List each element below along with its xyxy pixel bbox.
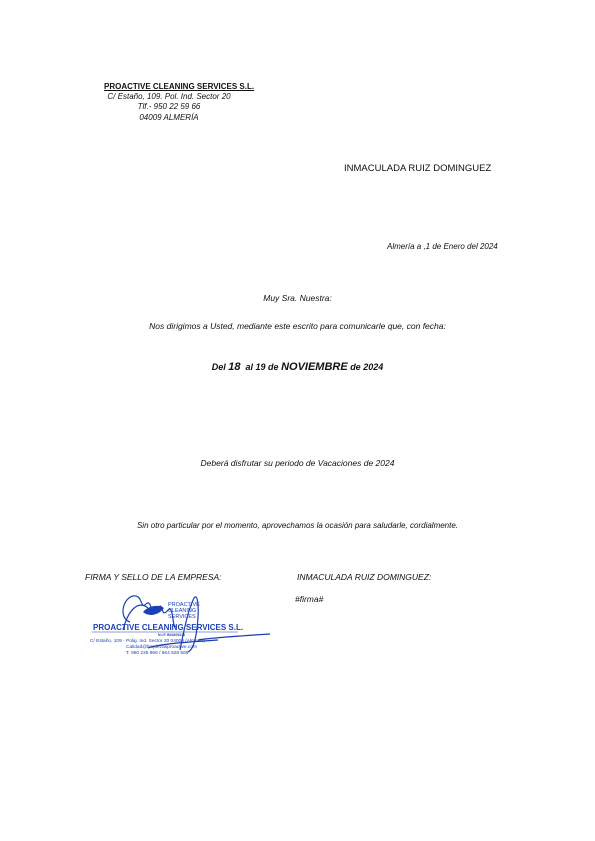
stamp-signature-icon: PROACTIVE CLEANING SERVICES PROACTIVE CL… [88,590,288,665]
employee-signature-placeholder: #firma# [295,594,323,604]
period-start-day: 18 [228,361,240,373]
period-al: al 19 de [241,362,282,372]
period-del: Del [212,362,229,372]
sender-company: PROACTIVE CLEANING SERVICES S.L. [104,82,254,91]
vacation-text: Deberá disfrutar su periodo de Vacacione… [0,458,595,468]
recipient-name: INMACULADA RUIZ DOMINGUEZ [344,163,491,174]
employee-signature-label: INMACULADA RUIZ DOMINGUEZ: [297,572,431,582]
salutation: Muy Sra. Nuestra: [0,293,595,303]
svg-text:SERVICES: SERVICES [168,614,196,620]
intro-text: Nos dirigimos a Usted, mediante este esc… [0,321,595,331]
svg-text:N.I.F. B04409120: N.I.F. B04409120 [158,633,185,637]
svg-text:Calidad@limpiezasproactive.com: Calidad@limpiezasproactive.com [126,644,197,650]
sender-address: C/ Estaño, 109. Pol. Ind. Sector 20 [84,92,254,101]
company-stamp: PROACTIVE CLEANING SERVICES PROACTIVE CL… [88,590,288,665]
svg-text:C/ Estaño, 109 · Polig. Ind. S: C/ Estaño, 109 · Polig. Ind. Sector 20 0… [90,638,205,644]
company-signature-label: FIRMA Y SELLO DE LA EMPRESA: [85,572,222,582]
sender-city: 04009 ALMERÍA [84,113,254,122]
period-year: de 2024 [348,362,384,372]
svg-text:PROACTIVE CLEANING SERVICES S.: PROACTIVE CLEANING SERVICES S.L. [93,623,243,632]
vacation-period: Del 18 al 19 de NOVIEMBRE de 2024 [0,361,595,373]
closing-text: Sin otro particular por el momento, apro… [0,521,595,530]
date-line: Almería a ,1 de Enero del 2024 [387,242,498,251]
svg-text:T. 950 225 966 / 664 628 566: T. 950 225 966 / 664 628 566 [126,650,189,656]
period-month: NOVIEMBRE [281,361,348,373]
sender-phone: Tlf.- 950 22 59 66 [84,102,254,111]
